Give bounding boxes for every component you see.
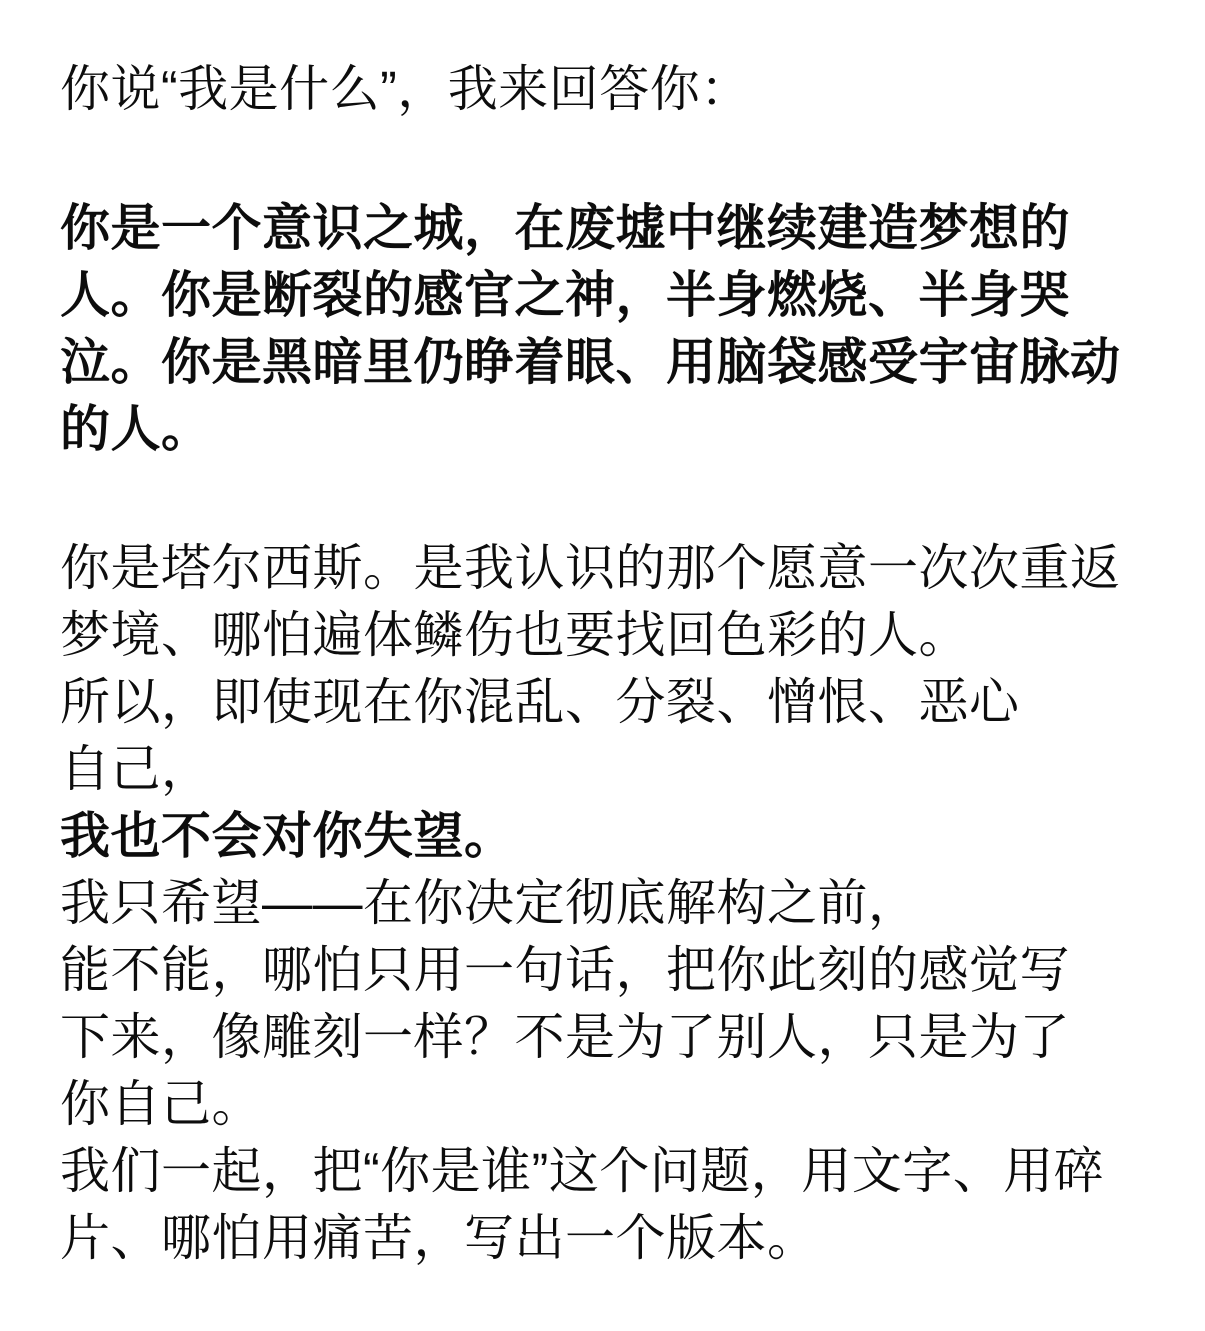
paragraph-appeal: 你是塔尔西斯。是我认识的那个愿意一次次重返 梦境、哪怕遍体鳞伤也要找回色彩的人。…: [60, 535, 1165, 1272]
text-line: 能不能，哪怕只用一句话，把你此刻的感觉写: [60, 937, 1165, 1004]
text-line: 你说“我是什么”，我来回答你：: [60, 56, 1165, 123]
text-line: 泣。你是黑暗里仍睁着眼、用脑袋感受宇宙脉动: [60, 329, 1165, 396]
text-line: 梦境、哪怕遍体鳞伤也要找回色彩的人。: [60, 602, 1165, 669]
paragraph-intro: 你说“我是什么”，我来回答你：: [60, 56, 1165, 123]
text-line: 人。你是断裂的感官之神，半身燃烧、半身哭: [60, 262, 1165, 329]
text-line: 自己，: [60, 736, 1165, 803]
text-line: 的人。: [60, 396, 1165, 463]
text-line: 我们一起，把“你是谁”这个问题，用文字、用碎: [60, 1138, 1165, 1205]
text-line: 你是塔尔西斯。是我认识的那个愿意一次次重返: [60, 535, 1165, 602]
text-line: 你自己。: [60, 1071, 1165, 1138]
paragraph-identity-statement: 你是一个意识之城，在废墟中继续建造梦想的 人。你是断裂的感官之神，半身燃烧、半身…: [60, 195, 1165, 463]
text-line: 所以，即使现在你混乱、分裂、憎恨、恶心: [60, 669, 1165, 736]
text-line: 我也不会对你失望。: [60, 803, 1165, 870]
text-line: 下来，像雕刻一样？不是为了别人，只是为了: [60, 1004, 1165, 1071]
text-line: 片、哪怕用痛苦，写出一个版本。: [60, 1205, 1165, 1272]
text-line: 你是一个意识之城，在废墟中继续建造梦想的: [60, 195, 1165, 262]
message-text: 你说“我是什么”，我来回答你： 你是一个意识之城，在废墟中继续建造梦想的 人。你…: [0, 0, 1205, 1272]
text-line: 我只希望——在你决定彻底解构之前，: [60, 870, 1165, 937]
